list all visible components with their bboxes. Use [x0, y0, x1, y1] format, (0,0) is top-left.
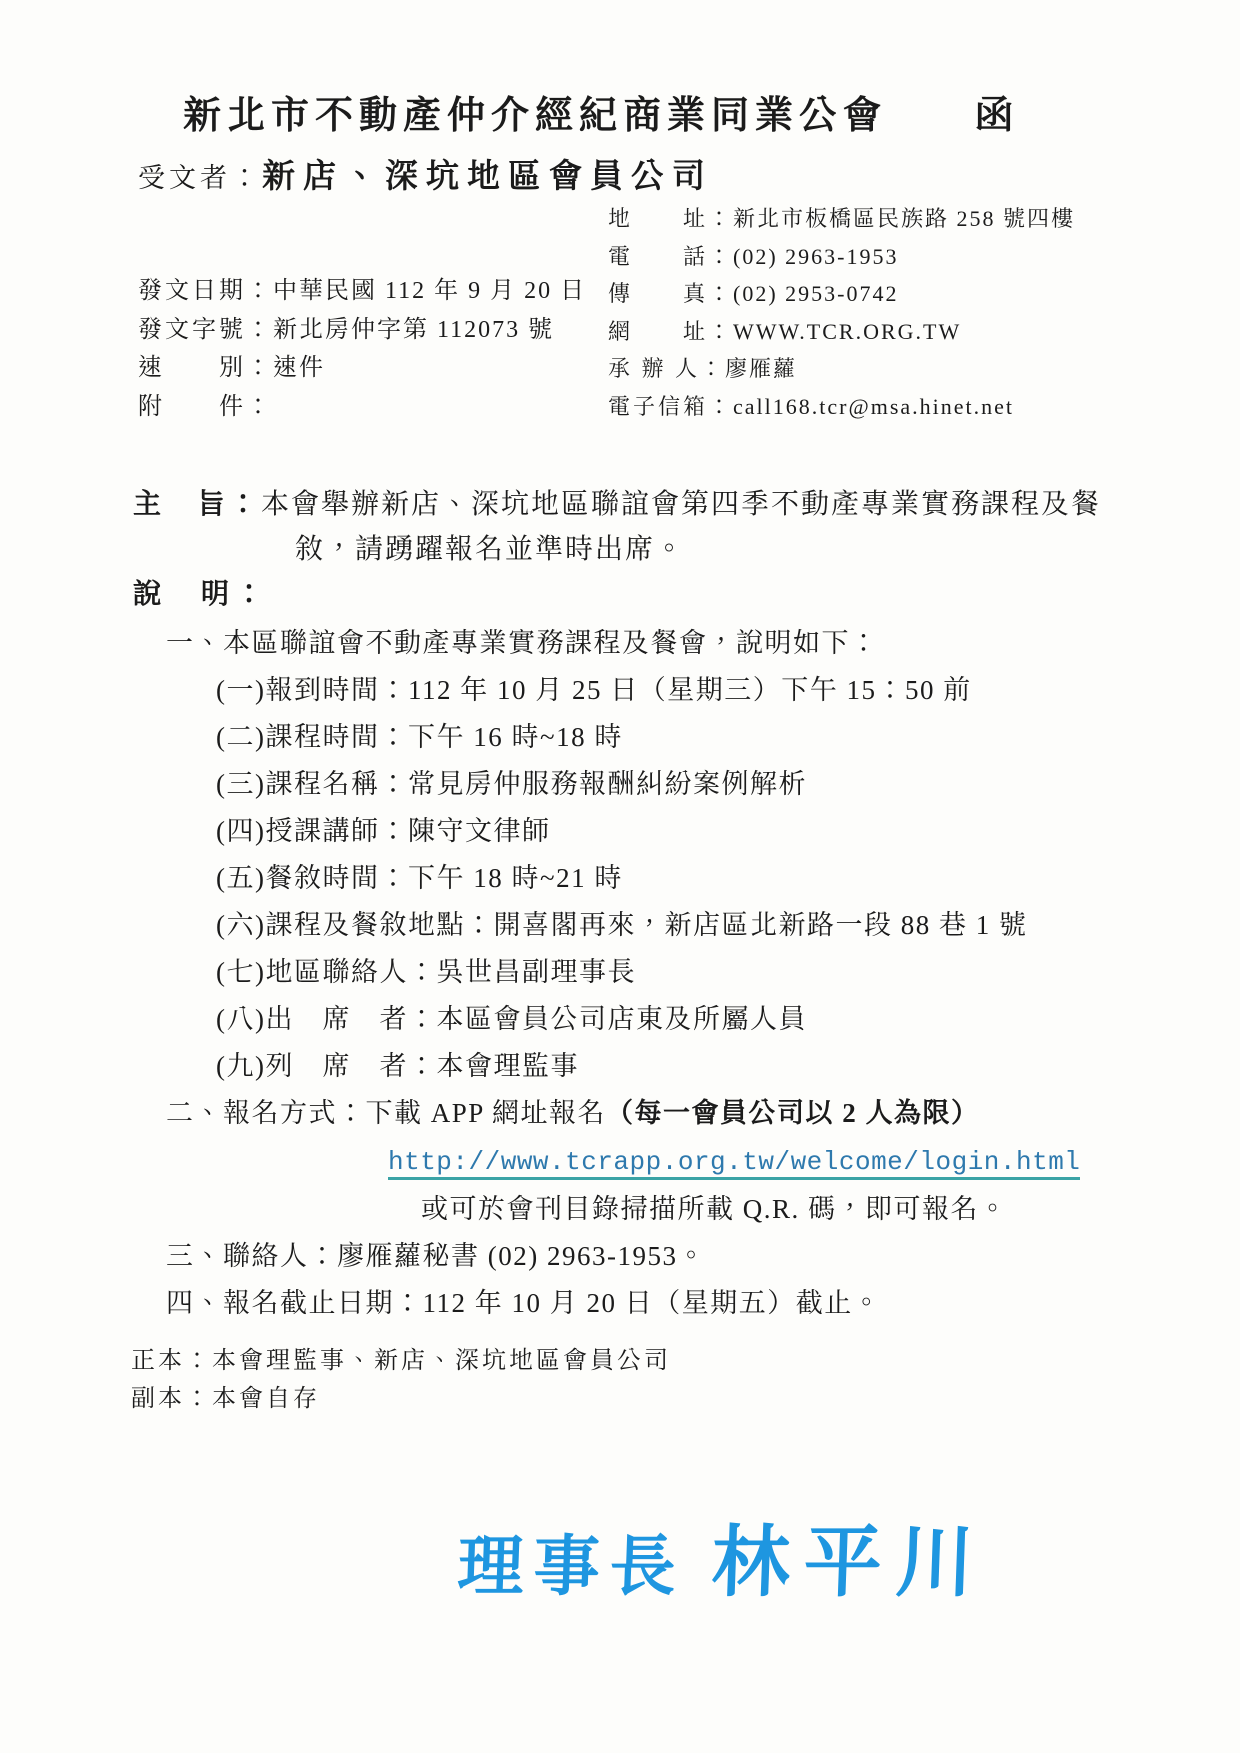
registration-link[interactable]: http://www.tcrapp.org.tw/welcome/login.h… — [388, 1147, 1080, 1180]
priority-label: 速 別： — [138, 355, 273, 381]
handler-value: 廖雁蘿 — [725, 356, 797, 381]
dispatch-meta-block: 發文日期：中華民國 112 年 9 月 20 日 發文字號：新北房仲字第 112… — [138, 270, 586, 424]
original-copy-line: 正本：本會理監事、新店、深坑地區會員公司 — [131, 1340, 671, 1378]
address-label: 地 址： — [608, 206, 733, 231]
explanation-item-1: 一、本區聯誼會不動產專業實務課程及餐會，說明如下： — [166, 620, 1080, 667]
association-contact-block: 地 址：新北市板橋區民族路 258 號四樓 電 話：(02) 2963-1953… — [608, 202, 1075, 427]
signature-name: 林平川 — [710, 1518, 989, 1608]
subject-line-1: 本會舉辦新店、深坑地區聯誼會第四季不動產專業實務課程及餐 — [261, 482, 1101, 527]
address-row: 地 址：新北市板橋區民族路 258 號四樓 — [608, 202, 1075, 240]
sub-item-attendees: (八)出 席 者：本區會員公司店東及所屬人員 — [166, 996, 1080, 1043]
handler-label: 承 辦 人： — [608, 356, 725, 381]
website-row: 網 址：WWW.TCR.ORG.TW — [608, 315, 1075, 353]
subject-text: 本會舉辦新店、深坑地區聯誼會第四季不動產專業實務課程及餐 敘，請踴躍報名並準時出… — [261, 482, 1101, 572]
recipient-label: 受文者： — [138, 156, 262, 195]
sub-item-area-contact: (七)地區聯絡人：吳世昌副理事長 — [166, 949, 1080, 996]
registration-url-line: http://www.tcrapp.org.tw/welcome/login.h… — [166, 1137, 1080, 1186]
fax-label: 傳 真： — [608, 281, 733, 306]
signature-role: 理事長 — [456, 1528, 687, 1605]
sub-item-observers: (九)列 席 者：本會理監事 — [166, 1043, 1080, 1090]
attachment-label: 附 件： — [138, 394, 273, 420]
handler-row: 承 辦 人：廖雁蘿 — [608, 352, 1075, 390]
subject-label: 主 旨： — [133, 482, 261, 572]
official-letter-page: 新北市不動產仲介經紀商業同業公會 函 受文者： 新店、深坑地區會員公司 發文日期… — [0, 0, 1240, 1753]
registration-limit-note: （每一會員公司以 2 人為限） — [606, 1098, 980, 1128]
dispatch-date-row: 發文日期：中華民國 112 年 9 月 20 日 — [138, 270, 586, 309]
qr-code-note: 或可於會刊目錄掃描所載 Q.R. 碼，即可報名。 — [166, 1186, 1080, 1233]
subject-line-2: 敘，請踴躍報名並準時出席。 — [261, 527, 1101, 572]
website-value: WWW.TCR.ORG.TW — [733, 319, 961, 344]
sub-item-course-time: (二)課程時間：下午 16 時~18 時 — [166, 714, 1080, 761]
dispatch-date-label: 發文日期： — [138, 278, 273, 304]
fax-value: (02) 2953-0742 — [733, 281, 898, 306]
explanation-list: 一、本區聯誼會不動產專業實務課程及餐會，說明如下： (一)報到時間：112 年 … — [166, 620, 1080, 1327]
address-value: 新北市板橋區民族路 258 號四樓 — [733, 206, 1075, 231]
priority-value: 速件 — [273, 355, 325, 381]
chairman-signature: 理事長林平川 — [456, 1500, 990, 1612]
explanation-heading: 說 明： — [133, 572, 269, 612]
sub-item-course-name: (三)課程名稱：常見房仲服務報酬糾紛案例解析 — [166, 761, 1080, 808]
email-value: call168.tcr@msa.hinet.net — [733, 394, 1014, 419]
phone-label: 電 話： — [608, 244, 733, 269]
explanation-item-4: 四、報名截止日期：112 年 10 月 20 日（星期五）截止。 — [166, 1280, 1080, 1327]
phone-row: 電 話：(02) 2963-1953 — [608, 240, 1075, 278]
letter-title: 新北市不動產仲介經紀商業同業公會 函 — [183, 84, 1019, 139]
dispatch-date-value: 中華民國 112 年 9 月 20 日 — [273, 278, 586, 304]
registration-method-text: 二、報名方式：下載 APP 網址報名 — [166, 1098, 606, 1128]
website-label: 網 址： — [608, 319, 733, 344]
sub-item-dinner-time: (五)餐敘時間：下午 18 時~21 時 — [166, 855, 1080, 902]
recipient-row: 受文者： 新店、深坑地區會員公司 — [138, 150, 713, 197]
dispatch-number-label: 發文字號： — [138, 317, 273, 343]
sub-item-lecturer: (四)授課講師：陳守文律師 — [166, 808, 1080, 855]
subject-block: 主 旨： 本會舉辦新店、深坑地區聯誼會第四季不動產專業實務課程及餐 敘，請踴躍報… — [133, 482, 1101, 572]
recipient-value: 新店、深坑地區會員公司 — [262, 150, 713, 197]
copies-block: 正本：本會理監事、新店、深坑地區會員公司 副本：本會自存 — [131, 1340, 671, 1416]
duplicate-copy-line: 副本：本會自存 — [131, 1378, 671, 1416]
email-row: 電子信箱：call168.tcr@msa.hinet.net — [608, 390, 1075, 428]
sub-item-checkin-time: (一)報到時間：112 年 10 月 25 日（星期三）下午 15：50 前 — [166, 667, 1080, 714]
phone-value: (02) 2963-1953 — [733, 244, 898, 269]
dispatch-number-row: 發文字號：新北房仲字第 112073 號 — [138, 309, 586, 348]
priority-row: 速 別：速件 — [138, 347, 586, 386]
sub-item-venue: (六)課程及餐敘地點：開喜閣再來，新店區北新路一段 88 巷 1 號 — [166, 902, 1080, 949]
fax-row: 傳 真：(02) 2953-0742 — [608, 277, 1075, 315]
email-label: 電子信箱： — [608, 394, 733, 419]
dispatch-number-value: 新北房仲字第 112073 號 — [273, 317, 554, 343]
attachment-row: 附 件： — [138, 386, 586, 425]
explanation-item-3: 三、聯絡人：廖雁蘿秘書 (02) 2963-1953。 — [166, 1233, 1080, 1280]
explanation-item-2: 二、報名方式：下載 APP 網址報名（每一會員公司以 2 人為限） — [166, 1090, 1080, 1137]
